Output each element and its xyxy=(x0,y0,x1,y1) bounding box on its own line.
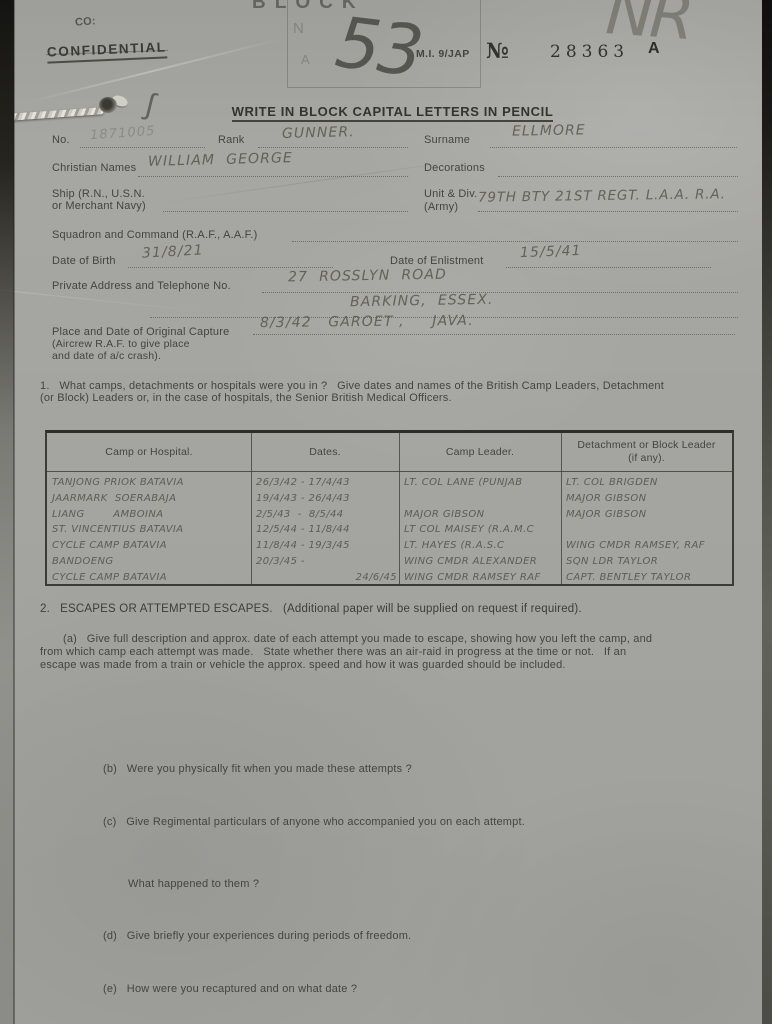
field-capture-value: 8/3/42 GAROET , JAVA. xyxy=(260,313,474,331)
field-rank-label: Rank xyxy=(218,134,244,146)
camp-hospital-cell: TANJONG PRIOK BATAVIA xyxy=(47,475,251,491)
camp-hospital-cell: BANDOENG xyxy=(47,554,251,570)
field-ship-label-line2: or Merchant Navy) xyxy=(52,200,146,212)
question2a-line1: (a) Give full description and approx. da… xyxy=(63,633,652,645)
question2c-text: (c) Give Regimental particulars of anyon… xyxy=(103,816,525,828)
dotted-rule xyxy=(80,147,205,148)
camp-hospital-cell: ST. VINCENTIUS BATAVIA xyxy=(47,522,251,538)
field-enlistment-label: Date of Enlistment xyxy=(390,255,483,267)
crease-line xyxy=(0,289,209,313)
dotted-rule xyxy=(498,176,738,177)
dotted-rule xyxy=(506,267,711,268)
faint-stamp-letter-n: N xyxy=(293,20,304,37)
field-no-value: 1871005 xyxy=(90,124,156,144)
camp-table: Camp or Hospital. Dates. Camp Leader. De… xyxy=(45,430,734,586)
field-squadron-label: Squadron and Command (R.A.F., A.A.F.) xyxy=(52,229,258,241)
field-unit-value: 79TH BTY 21ST REGT. L.A.A. R.A. xyxy=(478,186,726,205)
field-no-label: No. xyxy=(52,134,70,146)
field-surname-value: ELLMORE xyxy=(512,122,586,139)
field-address-label: Private Address and Telephone No. xyxy=(52,280,231,292)
block-leader-cell: WING CMDR RAMSEY, RAF xyxy=(561,538,732,554)
block-leader-cell xyxy=(561,522,732,538)
field-address-value-line2: BARKING, ESSEX. xyxy=(350,292,494,311)
dotted-rule xyxy=(258,147,408,148)
question2-heading: 2. ESCAPES OR ATTEMPTED ESCAPES. (Additi… xyxy=(40,603,582,615)
field-surname-label: Surname xyxy=(424,134,470,146)
field-rank-value: GUNNER. xyxy=(282,124,355,142)
col-header-camp: Camp or Hospital. xyxy=(47,433,251,471)
question2e-text: (e) How were you recaptured and on what … xyxy=(103,983,357,995)
dotted-rule xyxy=(262,292,738,293)
question1-line2: (or Block) Leaders or, in the case of ho… xyxy=(40,392,452,404)
camp-leader-cell: LT COL MAISEY (R.A.M.C xyxy=(399,522,561,538)
block-leader-cell: MAJOR GIBSON xyxy=(561,491,732,507)
field-unit-label-line2: (Army) xyxy=(424,201,458,213)
table-header-divider xyxy=(47,471,732,472)
field-address-value-line1: 27 ROSSLYN ROAD xyxy=(288,267,447,286)
block-leader-cell: SQN LDR TAYLOR xyxy=(561,554,732,570)
question2a-line2: from which camp each attempt was made. S… xyxy=(40,646,626,658)
camp-leader-cell: WING CMDR ALEXANDER xyxy=(399,554,561,570)
classification-stamp-partial: CO: xyxy=(75,15,97,28)
left-page-edge xyxy=(0,0,14,1024)
field-unit-label-line1: Unit & Div. xyxy=(424,188,477,200)
numero-sign: № xyxy=(486,38,509,63)
faint-stamp-letter-a: A xyxy=(301,52,310,67)
dates-cell: 19/4/43 - 26/4/43 xyxy=(251,491,399,507)
question2b-text: (b) Were you physically fit when you mad… xyxy=(103,763,412,775)
camp-leader-cell xyxy=(399,491,561,507)
dotted-rule xyxy=(163,211,408,212)
field-dob-value: 31/8/21 xyxy=(142,242,204,261)
right-page-edge xyxy=(762,0,772,1024)
field-dob-label: Date of Birth xyxy=(52,255,116,267)
dates-cell: 11/8/44 - 19/3/45 xyxy=(251,538,399,554)
dates-cell: 2/5/43 - 8/5/44 xyxy=(251,507,399,523)
classification-stamp: CONFIDENTIAL xyxy=(47,39,167,63)
question2d-text: (d) Give briefly your experiences during… xyxy=(103,930,411,942)
camp-leader-cell: MAJOR GIBSON xyxy=(399,507,561,523)
camp-leader-cell: WING CMDR RAMSEY RAF xyxy=(399,570,561,586)
field-christian-names-value: WILLIAM GEORGE xyxy=(148,150,293,170)
field-enlistment-value: 15/5/41 xyxy=(520,243,582,261)
camp-leader-cell: LT. COL LANE (PUNJAB xyxy=(399,475,561,491)
col-header-leader: Camp Leader. xyxy=(399,433,561,471)
dotted-rule xyxy=(478,211,738,212)
dotted-rule xyxy=(490,147,737,148)
handwritten-file-number: 53 xyxy=(331,1,425,93)
mi9-department-label: M.I. 9/JAP xyxy=(416,48,470,60)
dates-cell: 20/3/45 - xyxy=(251,554,399,570)
dotted-rule xyxy=(128,267,333,268)
block-leader-cell: CAPT. BENTLEY TAYLOR xyxy=(561,570,732,586)
dotted-rule xyxy=(253,334,735,335)
col-header-block-leader: Detachment or Block Leader (if any). xyxy=(561,433,732,471)
camp-leader-cell: LT. HAYES (R.A.S.C xyxy=(399,538,561,554)
field-capture-note-line1: (Aircrew R.A.F. to give place xyxy=(52,338,190,350)
field-ship-label-line1: Ship (R.N., U.S.N. xyxy=(52,188,145,200)
handwritten-initials: NR xyxy=(604,0,693,55)
block-capitals-instruction-text: WRITE IN BLOCK CAPITAL LETTERS IN PENCIL xyxy=(232,104,554,122)
question1-line1: 1. What camps, detachments or hospitals … xyxy=(40,380,664,392)
dotted-rule xyxy=(138,176,408,177)
dates-cell: 26/3/42 - 17/4/43 xyxy=(251,475,399,491)
scanned-pow-form-page: BLOCK N A CO: CONFIDENTIAL 53 M.I. 9/JAP… xyxy=(0,0,772,1024)
field-capture-label: Place and Date of Original Capture xyxy=(52,326,229,338)
camp-table-header: Camp or Hospital. Dates. Camp Leader. De… xyxy=(47,433,732,471)
left-page-edge-line xyxy=(13,0,15,1024)
block-leader-cell: LT. COL BRIGDEN xyxy=(561,475,732,491)
camp-table-body: TANJONG PRIOK BATAVIA 26/3/42 - 17/4/43 … xyxy=(47,475,732,586)
field-christian-names-label: Christian Names xyxy=(52,162,136,174)
field-decorations-label: Decorations xyxy=(424,162,485,174)
camp-hospital-cell: JAARMARK SOERABAJA xyxy=(47,491,251,507)
camp-hospital-cell: CYCLE CAMP BATAVIA xyxy=(47,538,251,554)
question2c-followup-text: What happened to them ? xyxy=(128,878,259,890)
dates-cell: 12/5/44 - 11/8/44 xyxy=(251,522,399,538)
block-leader-cell: MAJOR GIBSON xyxy=(561,507,732,523)
col-header-dates: Dates. xyxy=(251,433,399,471)
question2a-line3: escape was made from a train or vehicle … xyxy=(40,659,566,671)
field-capture-note-line2: and date of a/c crash). xyxy=(52,350,161,362)
camp-hospital-cell: CYCLE CAMP BATAVIA xyxy=(47,570,251,586)
dates-cell: 24/6/45 xyxy=(251,570,399,586)
dotted-rule xyxy=(292,241,738,242)
camp-hospital-cell: LIANG AMBOINA xyxy=(47,507,251,523)
